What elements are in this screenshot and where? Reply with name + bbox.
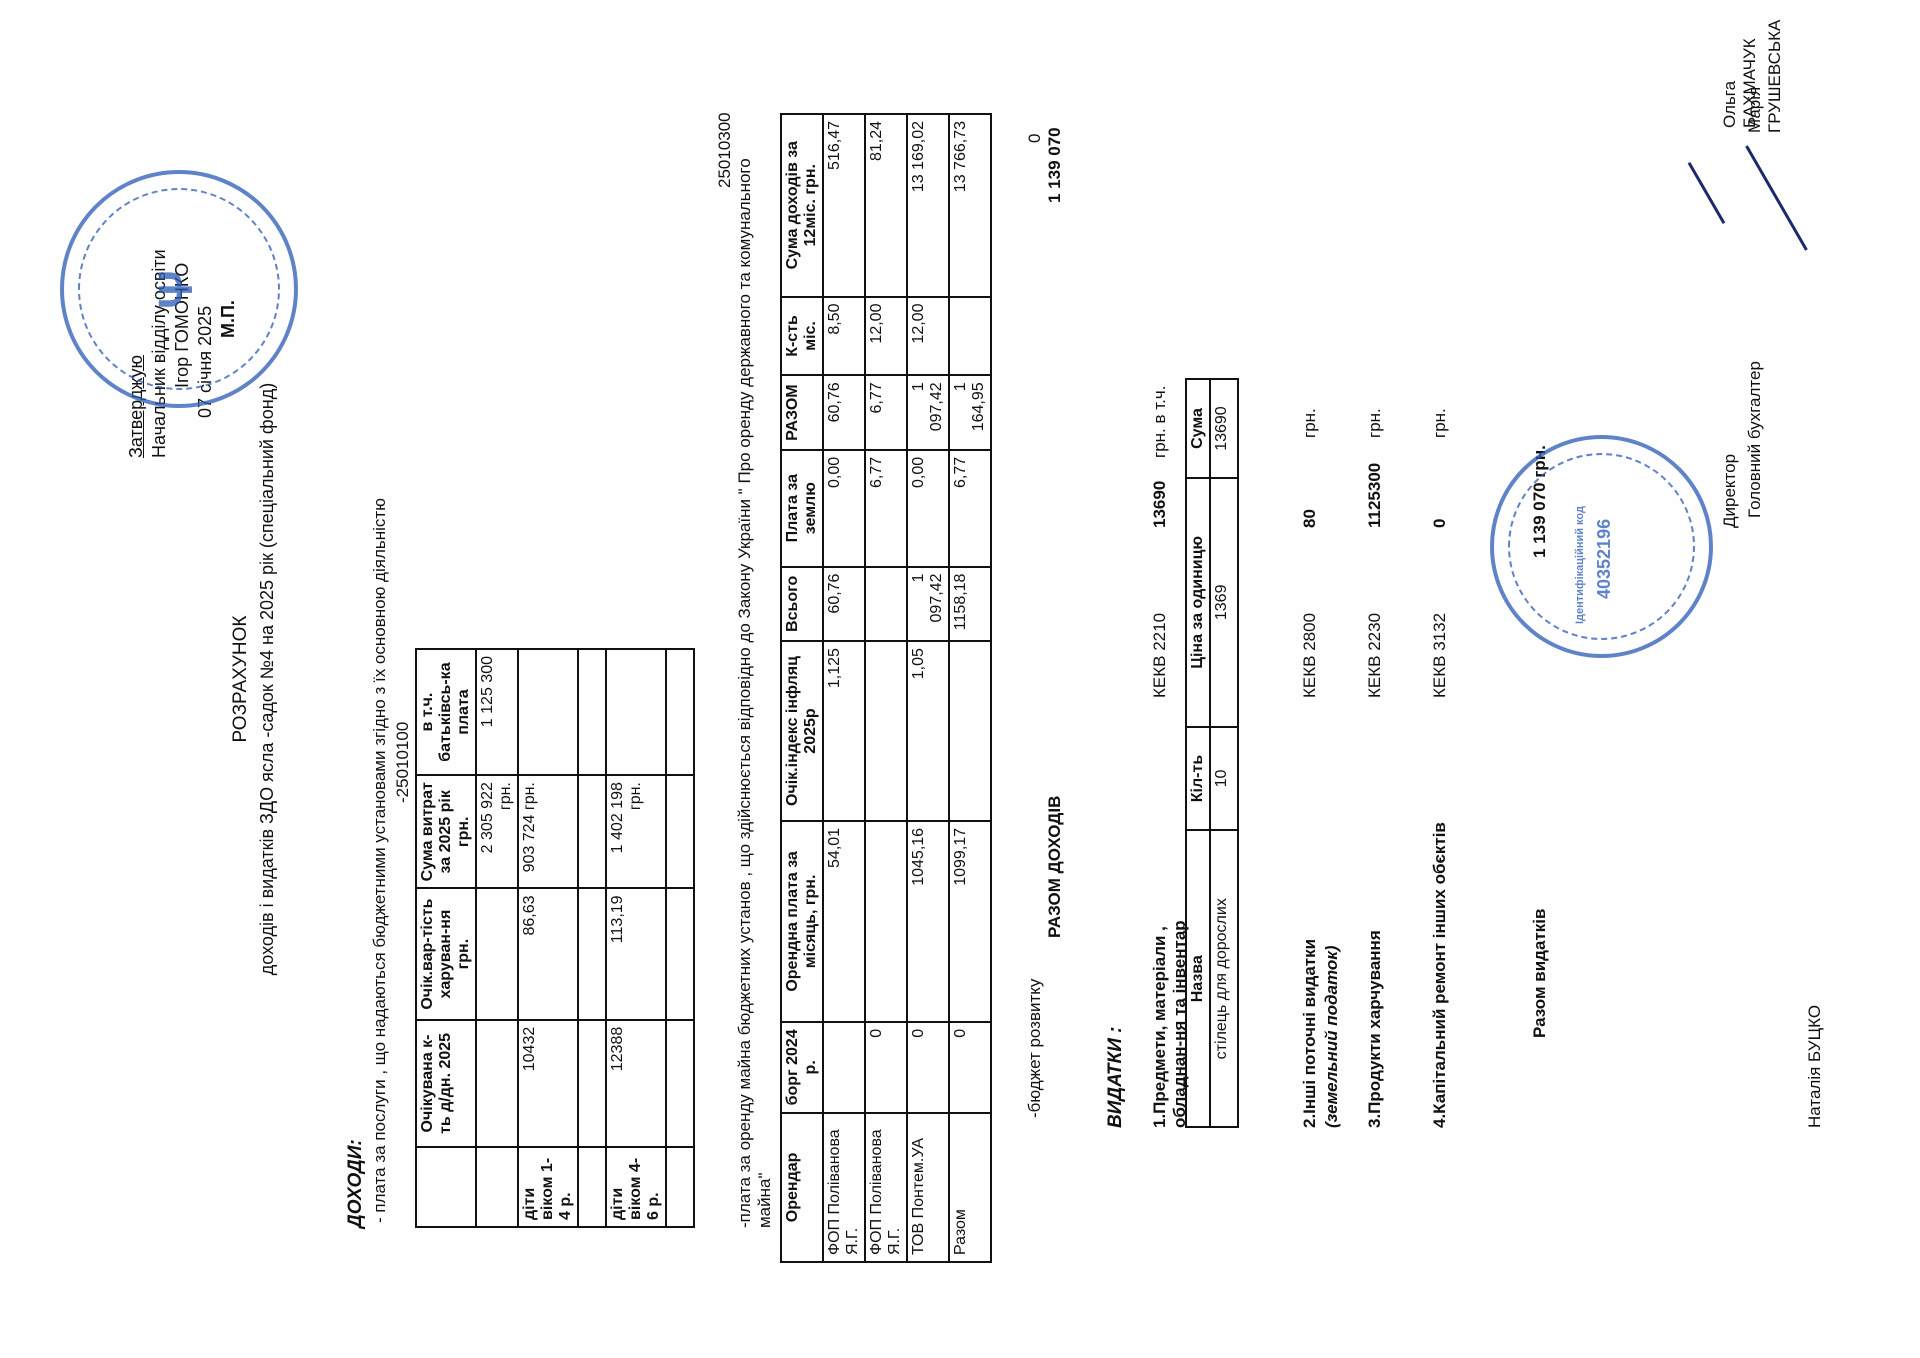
table-cell: ФОП Полiванова Я.Г.	[865, 1113, 907, 1262]
column-header: Очік.вар-тість харуван-ня грн.	[416, 888, 476, 1019]
institution-stamp: Ідентифікаційний код 40352196	[1490, 435, 1713, 658]
rent-table: Орендарборг 2024 р.Орендна плата за міся…	[780, 113, 992, 1263]
rent-code: 25010300	[715, 112, 735, 188]
services-text: - плата за послуги , що надаються бюджет…	[370, 498, 390, 1223]
table-cell: 113,19	[606, 888, 666, 1019]
executor-name: Наталія БУЦКО	[1805, 1005, 1825, 1128]
table-cell: стілець для дорослих	[1210, 830, 1238, 1127]
expense-item-amount: 1125300	[1365, 463, 1385, 528]
table-row: ФОП Полiванова Я.Г.06,776,7712,0081,24	[865, 114, 907, 1262]
table-cell	[476, 1020, 518, 1147]
table-cell	[666, 1020, 694, 1147]
table-cell: 6,77	[949, 450, 991, 567]
expense-item-label: 3.Продукти харчування	[1365, 930, 1385, 1128]
column-header: Кіл-ть	[1186, 727, 1210, 831]
director-title: Директор	[1720, 454, 1740, 528]
income-total-label: РАЗОМ ДОХОДІВ	[1045, 796, 1065, 938]
column-header: Всього	[781, 567, 823, 642]
table-cell: 54,01	[823, 821, 865, 1022]
income-total-value: 1 139 070	[1045, 127, 1065, 203]
column-header	[416, 1147, 476, 1227]
table-cell: 12,00	[865, 297, 907, 376]
expense-item-amount: 80	[1300, 509, 1320, 528]
column-header: в т.ч. батьківсь-ка плата	[416, 649, 476, 775]
column-header: Сума витрат за 2025 рік грн.	[416, 775, 476, 888]
table-cell: 1 164,95	[949, 375, 991, 449]
expense-item1-label: 1.Предмети, матеріали , обладнан-ня та і…	[1150, 868, 1190, 1128]
expense-item-amount: 0	[1430, 519, 1450, 528]
table-row: ФОП Полiванова Я.Г.54,011,12560,760,0060…	[823, 114, 865, 1262]
table-cell: ТОВ Понтем.УА	[907, 1113, 949, 1262]
column-header: Сума	[1186, 379, 1210, 478]
document-page: Затверджую Начальник відділу освіти Ігор…	[0, 0, 1920, 1358]
table-cell: 1 097,42	[907, 567, 949, 642]
table-cell: 1 097,42	[907, 375, 949, 449]
director-signature	[1688, 162, 1726, 224]
column-header: РАЗОМ	[781, 375, 823, 449]
expense-item1-unit: грн. в т.ч.	[1150, 386, 1170, 458]
table-cell: 0	[949, 1022, 991, 1113]
table-cell: 86,63	[518, 888, 578, 1019]
table-cell: 2 305 922 грн.	[476, 775, 518, 888]
expense-item-kekv: КЕКВ 2800	[1300, 613, 1320, 698]
table-cell: 60,76	[823, 567, 865, 642]
table-cell: діти віком 4-6 р.	[606, 1147, 666, 1227]
expense-item-unit: грн.	[1365, 408, 1385, 438]
table-cell	[865, 641, 907, 821]
table-cell	[949, 641, 991, 821]
services-table: Очікувана к- ть д/дн. 2025Очік.вар-тість…	[415, 648, 695, 1228]
table-cell	[578, 649, 606, 775]
table-cell: 1099,17	[949, 821, 991, 1022]
expense-item-label: 2.Інші поточні видатки	[1300, 939, 1320, 1128]
expense-item-kekv: КЕКВ 3132	[1430, 613, 1450, 698]
table-header-row: Орендарборг 2024 р.Орендна плата за міся…	[781, 114, 823, 1262]
table-cell	[578, 775, 606, 888]
table-cell: 0	[907, 1022, 949, 1113]
table-cell	[823, 1022, 865, 1113]
expense-item-note: (земельний податок)	[1322, 945, 1342, 1128]
table-cell: 13 766,73	[949, 114, 991, 297]
table-cell	[578, 1020, 606, 1147]
table-header-row: Очікувана к- ть д/дн. 2025Очік.вар-тість…	[416, 649, 476, 1227]
table-cell: 8,50	[823, 297, 865, 376]
accountant-name: Марія ГРУШЕВСЬКА	[1745, 0, 1785, 133]
table-cell: 12388	[606, 1020, 666, 1147]
table-cell	[518, 649, 578, 775]
table-cell: 6,77	[865, 375, 907, 449]
accountant-title: Головний бухгалтер	[1745, 361, 1765, 518]
table-row: ТОВ Понтем.УА01045,161,051 097,420,001 0…	[907, 114, 949, 1262]
table-cell: Разом	[949, 1113, 991, 1262]
table-row: 2 305 922 грн.1 125 300	[476, 649, 518, 1227]
table-cell: ФОП Полiванова Я.Г.	[823, 1113, 865, 1262]
table-cell: 81,24	[865, 114, 907, 297]
expenses-total-label: Разом видатків	[1530, 909, 1550, 1038]
table-row: стілець для дорослих10136913690	[1210, 379, 1238, 1127]
column-header: Орендар	[781, 1113, 823, 1262]
table-cell: діти віком 1-4 р.	[518, 1147, 578, 1227]
table-row	[666, 649, 694, 1227]
accountant-signature	[1745, 145, 1808, 250]
document-title: РОЗРАХУНОК	[230, 0, 252, 1358]
column-header: Орендна плата за місяць, грн.	[781, 821, 823, 1022]
stamp-code-label: Ідентифікаційний код	[1574, 506, 1586, 624]
trident-icon: Ψ	[149, 270, 204, 309]
table-cell	[949, 297, 991, 376]
table-cell: 13690	[1210, 379, 1238, 478]
table-cell: 10	[1210, 727, 1238, 831]
table-cell	[606, 649, 666, 775]
column-header: Ціна за одиницю	[1186, 478, 1210, 727]
income-heading: ДОХОДИ:	[345, 1139, 367, 1228]
table-cell: 0	[865, 1022, 907, 1113]
column-header: Сума доходів за 12міс. грн.	[781, 114, 823, 297]
expense-item1-kekv: КЕКВ 2210	[1150, 613, 1170, 698]
development-budget-label: -бюджет розвитку	[1025, 979, 1045, 1118]
table-cell: 1158,18	[949, 567, 991, 642]
table-cell: 0,00	[823, 450, 865, 567]
table-row: діти віком 4-6 р.12388113,191 402 198 гр…	[606, 649, 666, 1227]
table-cell	[666, 775, 694, 888]
column-header: Назва	[1186, 830, 1210, 1127]
table-row	[578, 649, 606, 1227]
rent-text: -плата за оренду майна бюджетних установ…	[735, 128, 775, 1228]
table-cell: 1,125	[823, 641, 865, 821]
table-cell: 1045,16	[907, 821, 949, 1022]
table-cell	[666, 649, 694, 775]
development-budget-value: 0	[1025, 134, 1045, 143]
table-cell: 1369	[1210, 478, 1238, 727]
table-cell: 10432	[518, 1020, 578, 1147]
table-row: Разом01099,171158,186,771 164,9513 766,7…	[949, 114, 991, 1262]
stamp-code: 40352196	[1594, 519, 1615, 599]
table-cell	[865, 821, 907, 1022]
expenses-heading: ВИДАТКИ :	[1105, 1027, 1127, 1128]
table-cell	[578, 1147, 606, 1227]
table-cell: 13 169,02	[907, 114, 949, 297]
column-header: Очікувана к- ть д/дн. 2025	[416, 1020, 476, 1147]
table-cell: 1 402 198 грн.	[606, 775, 666, 888]
column-header: Очік.індекс інфляц 2025р	[781, 641, 823, 821]
table-cell: 1 125 300	[476, 649, 518, 775]
table-cell: 60,76	[823, 375, 865, 449]
table-cell	[666, 1147, 694, 1227]
table-cell: 1,05	[907, 641, 949, 821]
table-row: діти віком 1-4 р.1043286,63903 724 грн.	[518, 649, 578, 1227]
table-cell	[865, 567, 907, 642]
document-subtitle: доходів і видатків ЗДО ясла -садок №4 на…	[257, 0, 278, 1358]
expense-item-unit: грн.	[1300, 408, 1320, 438]
table-cell: 12,00	[907, 297, 949, 376]
expense-item-kekv: КЕКВ 2230	[1365, 613, 1385, 698]
services-code: -25010100	[393, 722, 413, 803]
table-cell: 6,77	[865, 450, 907, 567]
table-cell	[578, 888, 606, 1019]
table-cell	[476, 1147, 518, 1227]
expense-item-unit: грн.	[1430, 408, 1450, 438]
expense-item1-amount: 13690	[1150, 481, 1170, 528]
table-cell: 903 724 грн.	[518, 775, 578, 888]
table-cell	[666, 888, 694, 1019]
column-header: К-сть міс.	[781, 297, 823, 376]
expense-items-table: НазваКіл-тьЦіна за одиницюСумастілець дл…	[1185, 378, 1239, 1128]
expense-item-label: 4.Капітальний ремонт інших обєктів	[1430, 822, 1450, 1128]
table-cell	[476, 888, 518, 1019]
table-cell: 516,47	[823, 114, 865, 297]
table-header-row: НазваКіл-тьЦіна за одиницюСума	[1186, 379, 1210, 1127]
table-cell: 0,00	[907, 450, 949, 567]
column-header: борг 2024 р.	[781, 1022, 823, 1113]
column-header: Плата за землю	[781, 450, 823, 567]
